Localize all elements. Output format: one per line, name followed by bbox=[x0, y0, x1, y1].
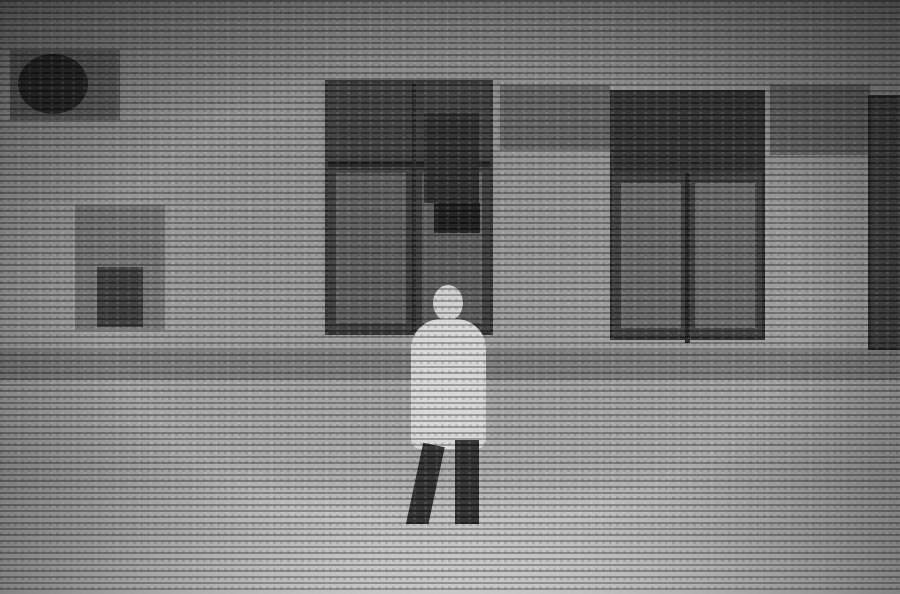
right-window bbox=[610, 90, 765, 340]
window-sign-card bbox=[434, 203, 480, 233]
window-pane bbox=[97, 267, 143, 327]
ac-unit bbox=[10, 50, 120, 120]
window-pane bbox=[695, 183, 755, 328]
window-sign-card bbox=[424, 113, 479, 203]
window-mullion bbox=[685, 173, 690, 343]
far-right-window bbox=[868, 95, 900, 350]
person-coat bbox=[411, 319, 486, 449]
person-head bbox=[433, 285, 463, 321]
window-upper-pane bbox=[613, 93, 762, 173]
ground bbox=[0, 524, 900, 594]
window-pane bbox=[336, 173, 406, 323]
wall-sign-right bbox=[770, 85, 870, 155]
left-small-window bbox=[75, 205, 165, 330]
photo-scene bbox=[0, 0, 900, 594]
wall-sign-left bbox=[500, 85, 610, 150]
walking-person bbox=[405, 285, 505, 550]
window-pane bbox=[621, 183, 681, 328]
ac-fan bbox=[18, 54, 88, 114]
